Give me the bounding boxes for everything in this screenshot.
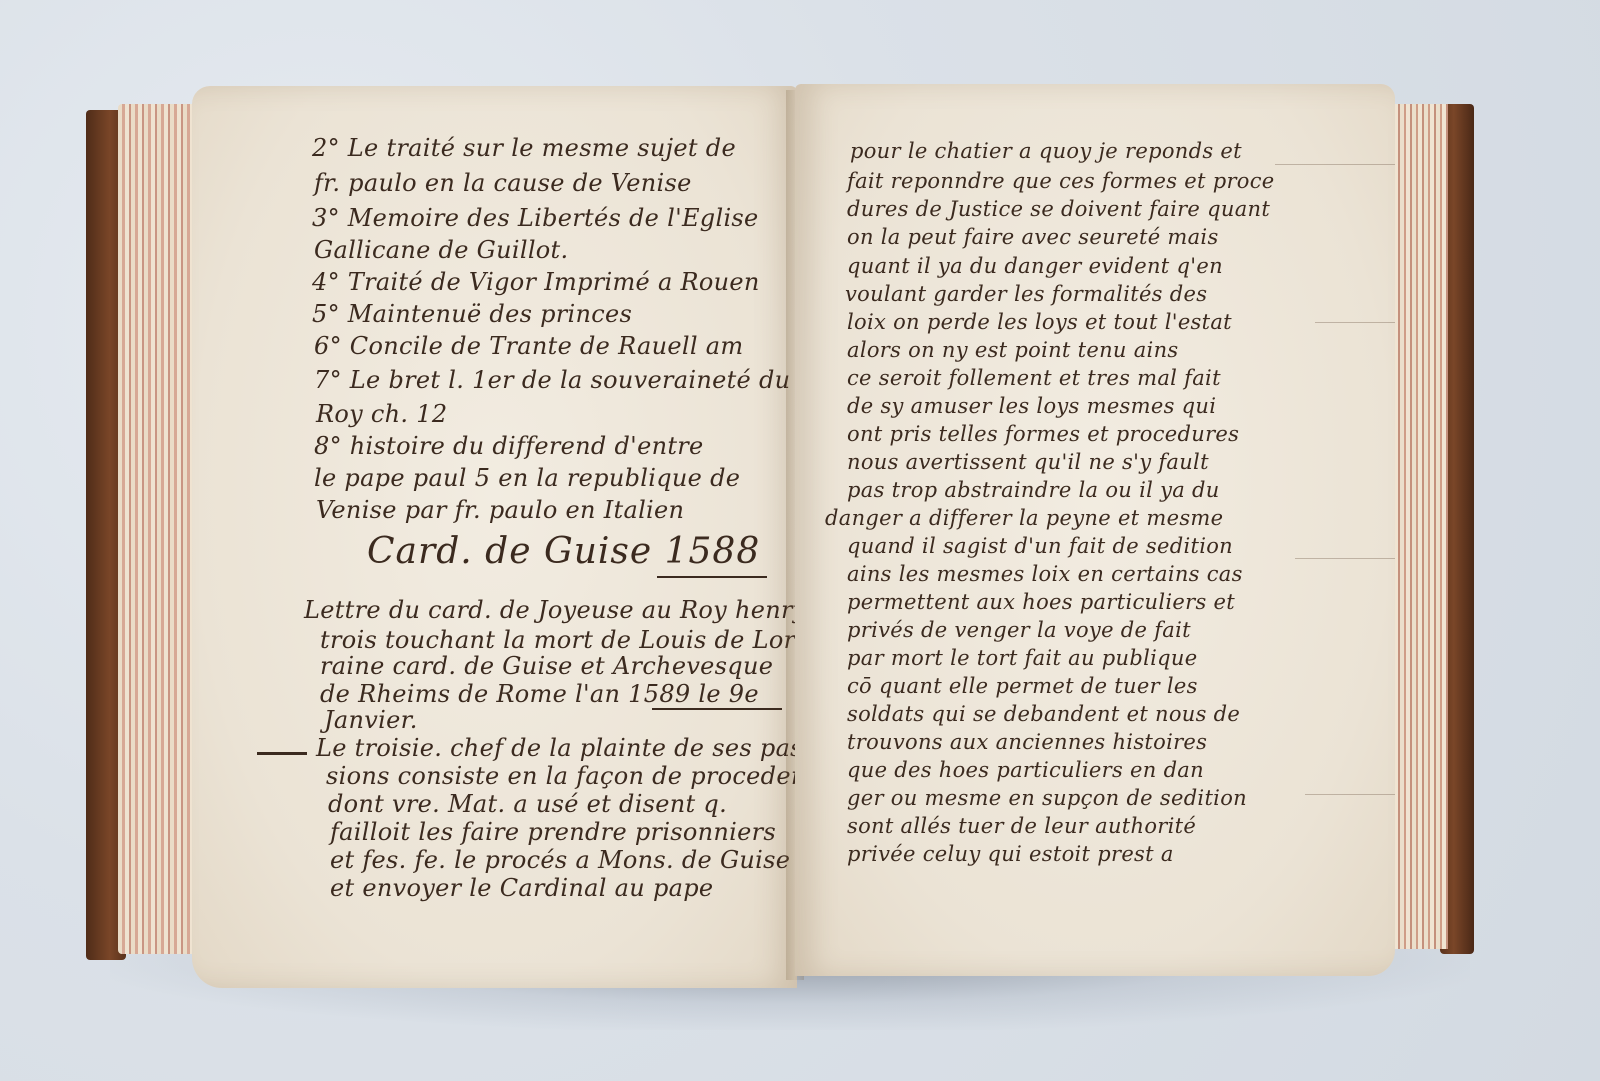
right-page: pour le chatier a quoy je reponds et fai… bbox=[795, 84, 1395, 976]
manuscript-line: privés de venger la voye de fait bbox=[847, 618, 1191, 642]
manuscript-line: sont allés tuer de leur authorité bbox=[847, 814, 1196, 838]
manuscript-line: privée celuy qui estoit prest a bbox=[847, 842, 1174, 866]
manuscript-line: fr. paulo en la cause de Venise bbox=[314, 169, 692, 197]
manuscript-line: 4° Traité de Vigor Imprimé a Rouen bbox=[312, 268, 760, 296]
section-heading: Card. de Guise 1588 bbox=[367, 531, 760, 572]
manuscript-line: ger ou mesme en supçon de sedition bbox=[847, 786, 1247, 810]
manuscript-line: 6° Concile de Trante de Rauell am bbox=[314, 332, 743, 360]
ruled-line bbox=[1275, 164, 1395, 165]
manuscript-line: 7° Le bret l. 1er de la souveraineté du bbox=[314, 366, 790, 394]
manuscript-line: ains les mesmes loix en certains cas bbox=[847, 562, 1243, 586]
ruled-line bbox=[1295, 558, 1395, 559]
manuscript-line: dures de Justice se doivent faire quant bbox=[847, 197, 1270, 221]
paragraph-dash bbox=[257, 752, 307, 755]
manuscript-line: permettent aux hoes particuliers et bbox=[847, 590, 1235, 614]
letter-line: Lettre du card. de Joyeuse au Roy henry bbox=[304, 596, 807, 624]
paragraph-line: et fes. fe. le procés a Mons. de Guise bbox=[330, 846, 790, 874]
manuscript-line: ce seroit follement et tres mal fait bbox=[847, 366, 1221, 390]
manuscript-line: cō quant elle permet de tuer les bbox=[847, 674, 1198, 698]
ruled-line bbox=[1315, 322, 1395, 323]
paragraph-line: Le troisie. chef de la plainte de ses pa… bbox=[316, 734, 803, 762]
manuscript-line: Roy ch. 12 bbox=[316, 400, 447, 428]
paragraph-line: failloit les faire prendre prisonniers bbox=[330, 818, 776, 846]
heading-underline bbox=[657, 576, 767, 578]
letter-line: trois touchant la mort de Louis de Lor bbox=[320, 626, 795, 654]
manuscript-line: alors on ny est point tenu ains bbox=[847, 338, 1178, 362]
manuscript-line: Gallicane de Guillot. bbox=[314, 236, 568, 264]
manuscript-line: 3° Memoire des Libertés de l'Eglise bbox=[312, 204, 759, 232]
paragraph-line: et envoyer le Cardinal au pape bbox=[330, 874, 713, 902]
manuscript-line: de sy amuser les loys mesmes qui bbox=[847, 394, 1216, 418]
manuscript-line: pas trop abstraindre la ou il ya du bbox=[847, 478, 1220, 502]
manuscript-line: par mort le tort fait au publique bbox=[847, 646, 1197, 670]
letter-line: raine card. de Guise et Archevesque bbox=[320, 652, 773, 680]
manuscript-line: trouvons aux anciennes histoires bbox=[847, 730, 1207, 754]
manuscript-line: ont pris telles formes et procedures bbox=[847, 422, 1239, 446]
left-page: 2° Le traité sur le mesme sujet de fr. p… bbox=[192, 86, 797, 988]
manuscript-line: voulant garder les formalités des bbox=[845, 282, 1207, 306]
manuscript-line: 2° Le traité sur le mesme sujet de bbox=[312, 134, 736, 162]
manuscript-line: que des hoes particuliers en dan bbox=[847, 758, 1204, 782]
manuscript-line: pour le chatier a quoy je reponds et bbox=[850, 139, 1242, 163]
page-edges-right bbox=[1388, 104, 1448, 949]
manuscript-line: Venise par fr. paulo en Italien bbox=[316, 496, 684, 524]
manuscript-line: on la peut faire avec seureté mais bbox=[847, 225, 1219, 249]
manuscript-line: fait reponndre que ces formes et proce bbox=[847, 169, 1275, 193]
manuscript-line: le pape paul 5 en la republique de bbox=[314, 464, 740, 492]
manuscript-line: danger a differer la peyne et mesme bbox=[825, 506, 1223, 530]
manuscript-line: soldats qui se debandent et nous de bbox=[847, 702, 1240, 726]
date-underline bbox=[652, 708, 782, 710]
manuscript-line: loix on perde les loys et tout l'estat bbox=[847, 310, 1232, 334]
ruled-line bbox=[1305, 794, 1395, 795]
manuscript-line: 5° Maintenuë des princes bbox=[312, 300, 632, 328]
paragraph-line: dont vre. Mat. a usé et disent q. bbox=[328, 790, 727, 818]
manuscript-line: quant il ya du danger evident q'en bbox=[847, 254, 1223, 278]
letter-line: Janvier. bbox=[324, 706, 418, 734]
letter-line: de Rheims de Rome l'an 1589 le 9e bbox=[320, 680, 759, 708]
manuscript-line: 8° histoire du differend d'entre bbox=[314, 432, 704, 460]
paragraph-line: sions consiste en la façon de proceder bbox=[326, 762, 803, 790]
manuscript-line: quand il sagist d'un fait de sedition bbox=[847, 534, 1233, 558]
manuscript-line: nous avertissent qu'il ne s'y fault bbox=[847, 450, 1209, 474]
